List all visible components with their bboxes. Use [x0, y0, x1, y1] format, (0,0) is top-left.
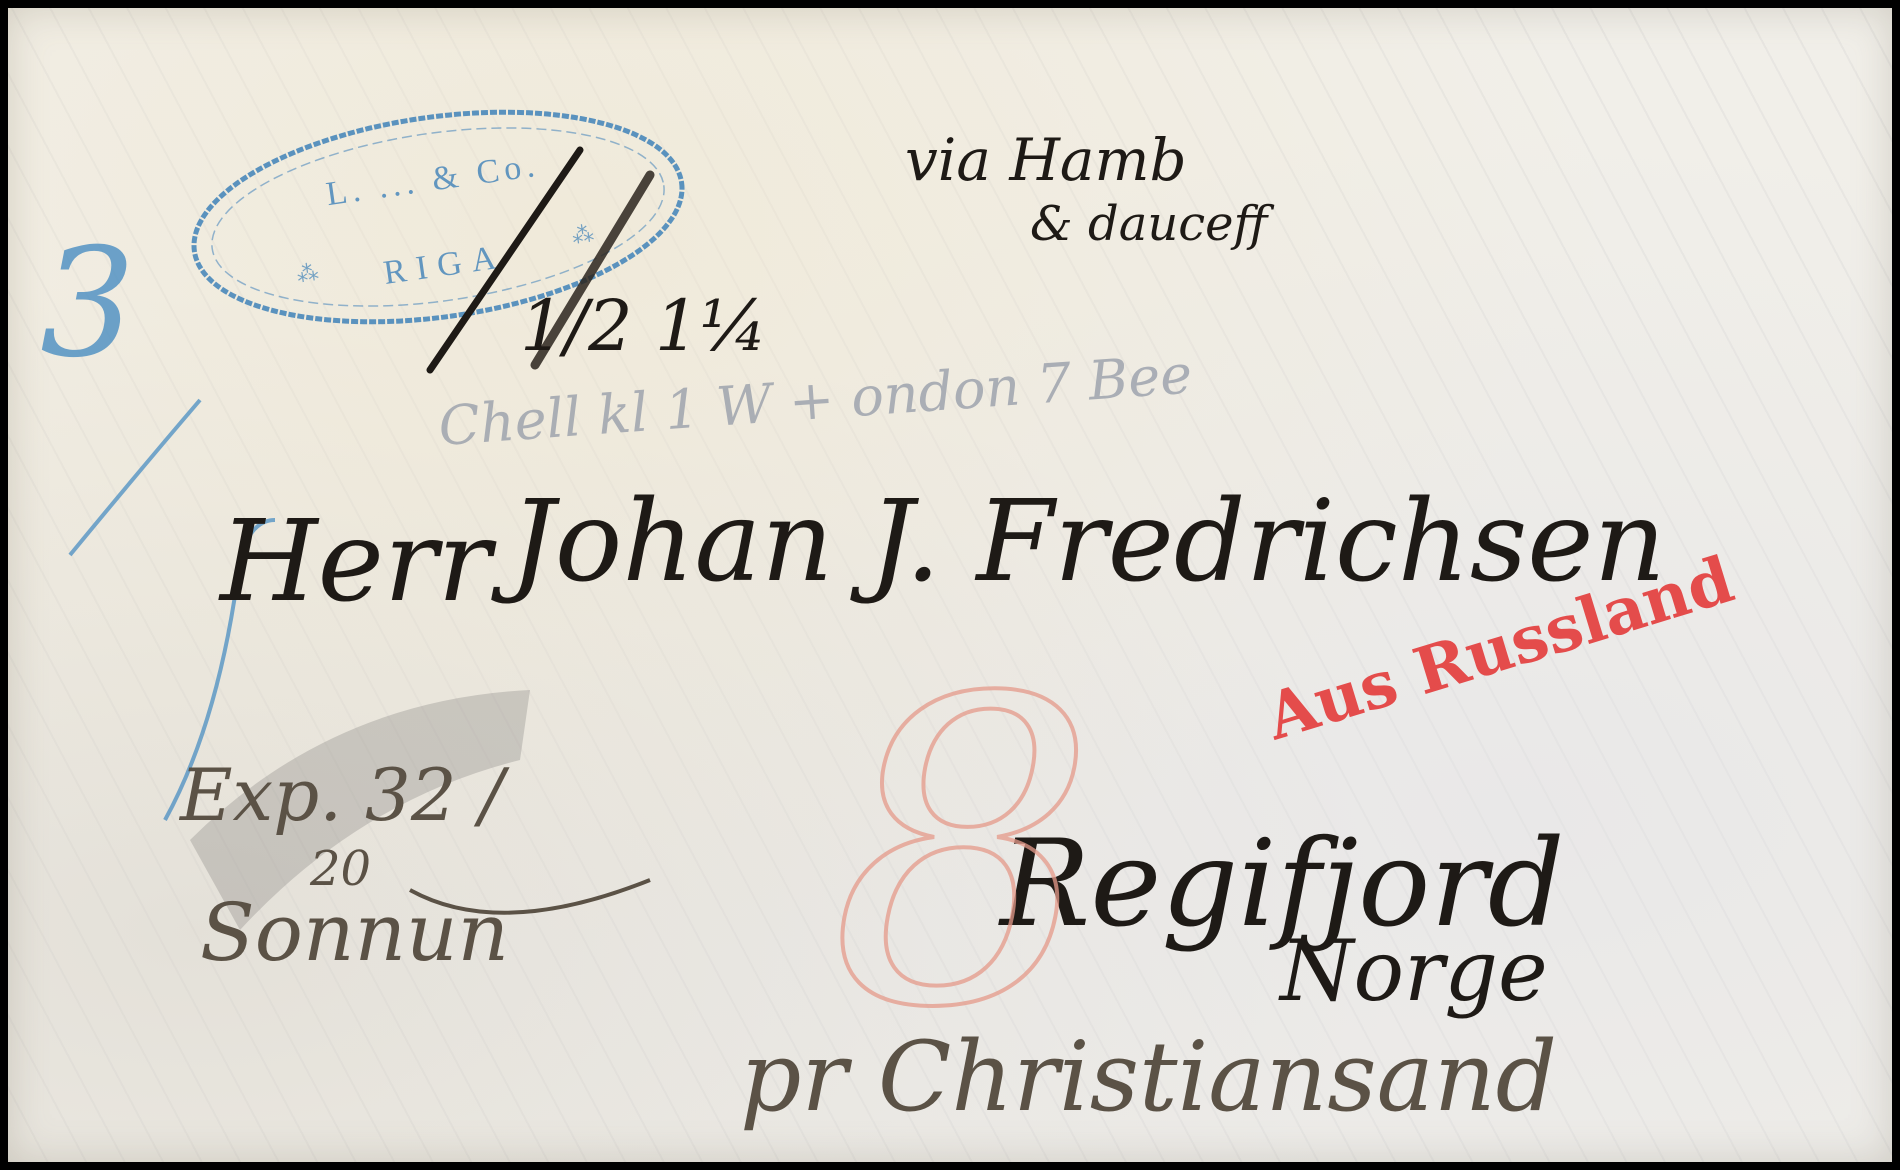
- svg-text:⁂: ⁂: [295, 259, 320, 287]
- blue-crayon-numeral: 3: [40, 217, 135, 391]
- address-name: Johan J. Fredrichsen: [491, 477, 1666, 607]
- route-note-line1: via Hamb: [905, 126, 1187, 194]
- rate-note: 1/2 1¼: [520, 285, 767, 367]
- cover-markings: L. ... & Co. RIGA ⁂ ⁂ 1/2 1¼ via Hamb & …: [0, 0, 1900, 1170]
- address-country: Norge: [1278, 922, 1548, 1020]
- photo-frame: L. ... & Co. RIGA ⁂ ⁂ 1/2 1¼ via Hamb & …: [0, 0, 1900, 1170]
- cachet-top-text: L. ... & Co.: [324, 147, 542, 214]
- docket-line1: Exp. 32 /: [178, 753, 511, 837]
- docket-line3: Sonnun: [200, 886, 509, 979]
- red-crayon-numeral: 8: [830, 611, 1097, 1100]
- route-note-line2: & dauceff: [1030, 196, 1275, 252]
- svg-text:⁂: ⁂: [570, 221, 595, 249]
- address-salutation: Herr: [218, 497, 497, 627]
